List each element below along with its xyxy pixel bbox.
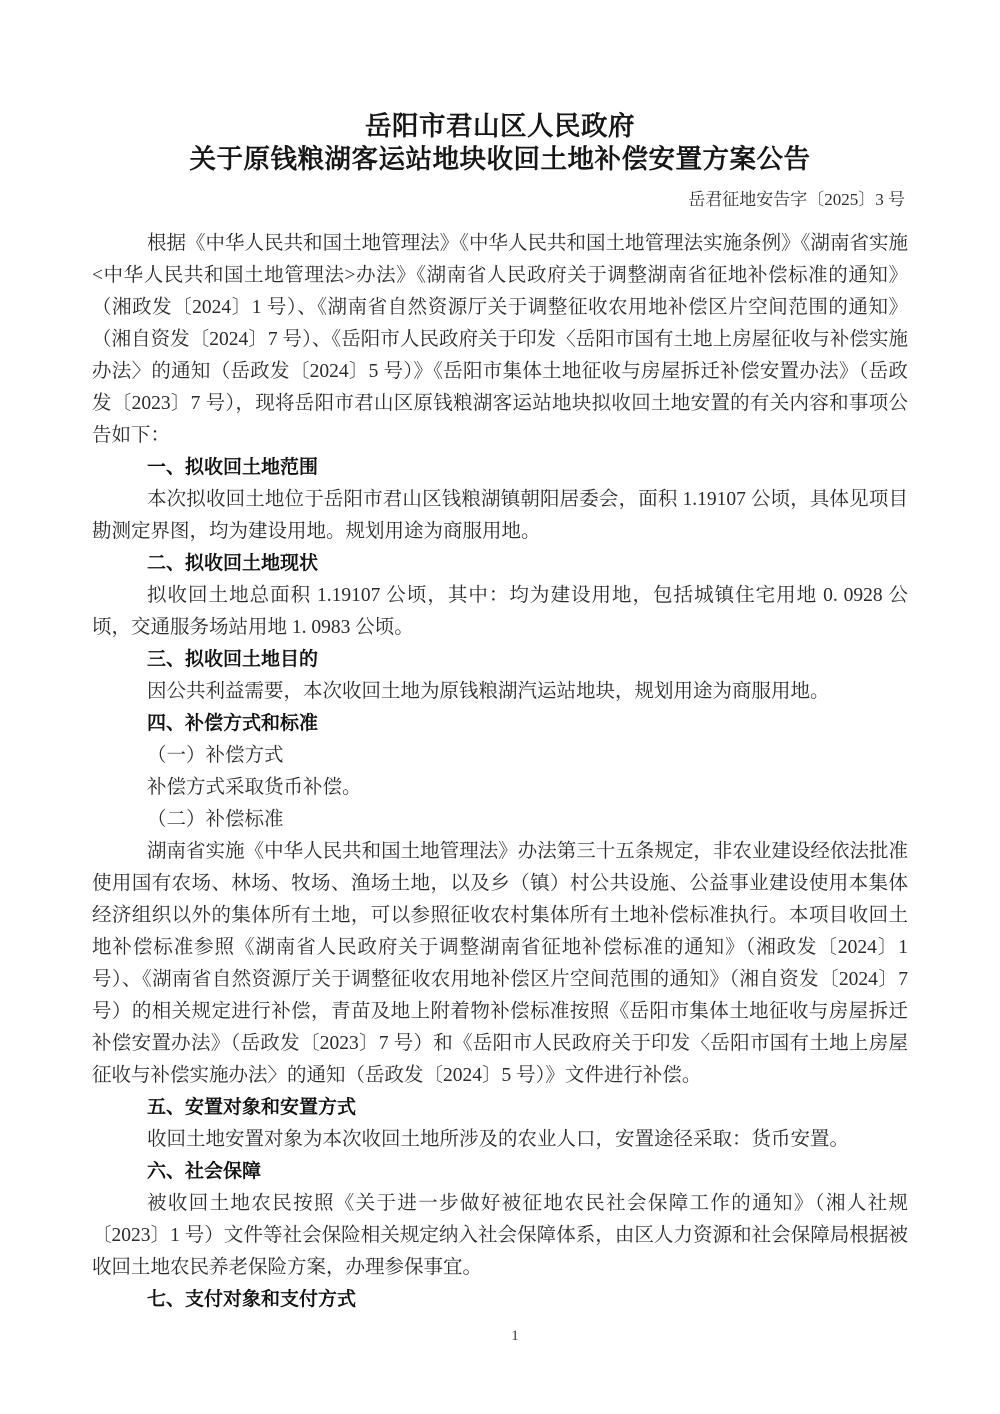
section-heading: 四、补偿方式和标准 [92,708,908,740]
paragraph: 拟收回土地总面积 1.19107 公顷，其中：均为建设用地，包括城镇住宅用地 0… [92,580,908,644]
paragraph: 收回土地安置对象为本次收回土地所涉及的农业人口，安置途径采取：货币安置。 [92,1124,908,1156]
paragraph: （二）补偿标准 [92,804,908,836]
document-body: 根据《中华人民共和国土地管理法》《中华人民共和国土地管理法实施条例》《湖南省实施… [92,228,908,1316]
section-heading: 七、支付对象和支付方式 [92,1284,908,1316]
section-heading: 三、拟收回土地目的 [92,644,908,676]
document-title-line1: 岳阳市君山区人民政府 [0,110,1000,143]
paragraph: 补偿方式采取货币补偿。 [92,772,908,804]
page-number: 1 [0,1326,1000,1346]
document-page: 岳阳市君山区人民政府 关于原钱粮湖客运站地块收回土地补偿安置方案公告 岳君征地安… [0,0,1000,1414]
document-title-line2: 关于原钱粮湖客运站地块收回土地补偿安置方案公告 [0,143,1000,176]
section-heading: 五、安置对象和安置方式 [92,1092,908,1124]
paragraph: （一）补偿方式 [92,740,908,772]
title-block: 岳阳市君山区人民政府 关于原钱粮湖客运站地块收回土地补偿安置方案公告 [0,0,1000,176]
paragraph: 被收回土地农民按照《关于进一步做好被征地农民社会保障工作的通知》（湘人社规〔20… [92,1188,908,1284]
paragraph: 本次拟收回土地位于岳阳市君山区钱粮湖镇朝阳居委会，面积 1.19107 公顷，具… [92,484,908,548]
section-heading: 六、社会保障 [92,1156,908,1188]
section-heading: 一、拟收回土地范围 [92,452,908,484]
paragraph: 根据《中华人民共和国土地管理法》《中华人民共和国土地管理法实施条例》《湖南省实施… [92,228,908,452]
section-heading: 二、拟收回土地现状 [92,548,908,580]
doc-number: 岳君征地安告字〔2025〕3 号 [0,188,1000,212]
paragraph: 湖南省实施《中华人民共和国土地管理法》办法第三十五条规定，非农业建设经依法批准使… [92,836,908,1092]
paragraph: 因公共利益需要，本次收回土地为原钱粮湖汽运站地块，规划用途为商服用地。 [92,676,908,708]
